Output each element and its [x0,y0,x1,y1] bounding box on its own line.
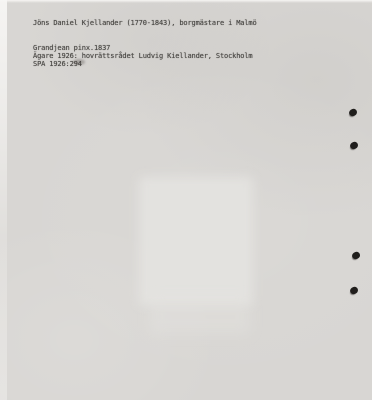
artist-credit-line: Grandjean pinx.1837 [33,44,110,52]
scan-top-edge-highlight [0,0,372,3]
typewritten-title-line: Jöns Daniel Kjellander (1770-1843), borg… [33,19,257,27]
removed-photo-light-patch-lower [150,298,250,334]
punch-hole-dot [349,141,359,150]
punch-hole-dot [351,251,361,260]
scanned-card: Jöns Daniel Kjellander (1770-1843), borg… [0,0,372,400]
overstrike-smudge [73,59,85,65]
removed-photo-light-patch [139,177,253,305]
punch-hole-dot [349,286,359,295]
punch-hole-dot [348,108,358,117]
scan-left-edge-highlight [0,0,7,400]
owner-line: Ägare 1926: hovrättsrådet Ludvig Kiellan… [33,52,252,60]
